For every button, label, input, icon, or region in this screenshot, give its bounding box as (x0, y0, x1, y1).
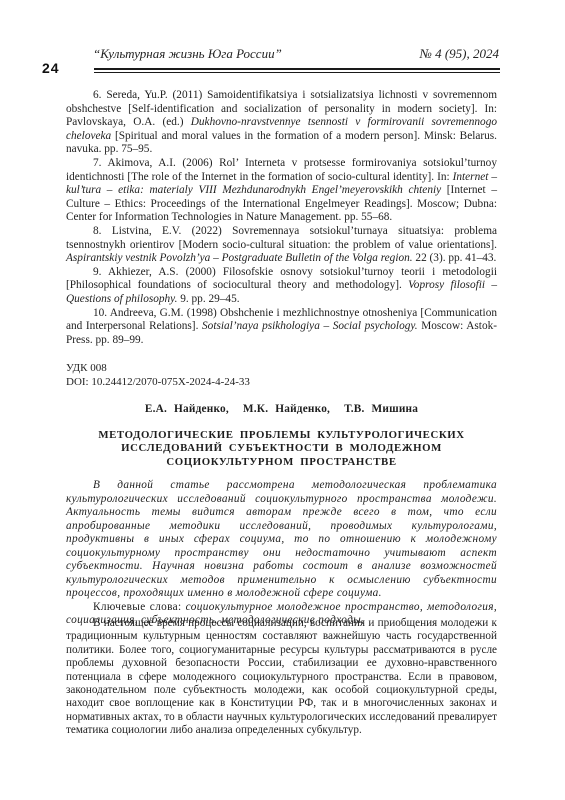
keywords-label: Ключевые слова: (93, 601, 186, 613)
reference-source-title: Sotsial’naya psikhologiya – Social psych… (202, 320, 418, 332)
reference-text: 9. pp. 29–45. (177, 293, 239, 305)
reference-item: 7. Akimova, A.I. (2006) Rol’ Interneta v… (66, 157, 497, 225)
header-rule-thick (94, 68, 500, 70)
reference-number: 10. (93, 307, 110, 319)
running-header-journal-title: “Культурная жизнь Юга России” (93, 46, 282, 62)
udc-code: УДК 008 (66, 361, 497, 375)
doi: DOI: 10.24412/2070-075X-2024-4-24-33 (66, 375, 497, 389)
header-rule-thin (94, 72, 500, 73)
reference-item: 10. Andreeva, G.M. (1998) Obshchenie i m… (66, 307, 497, 348)
article-authors: Е.А. Найденко, М.К. Найденко, Т.В. Мишин… (66, 403, 497, 415)
reference-item: 8. Listvina, E.V. (2022) Sovremennaya so… (66, 225, 497, 266)
running-header-issue: № 4 (95), 2024 (420, 46, 499, 62)
article-abstract: В данной статье рассмотрена методологиче… (66, 479, 497, 628)
reference-source-title: Aspirantskiy vestnik Povolzh’ya – Postgr… (66, 252, 413, 264)
reference-number: 7. (93, 157, 107, 169)
reference-item: 6. Sereda, Yu.P. (2011) Samoidentifikats… (66, 89, 497, 157)
title-line: МЕТОДОЛОГИЧЕСКИЕ ПРОБЛЕМЫ КУЛЬТУРОЛОГИЧЕ… (66, 429, 497, 442)
reference-number: 9. (93, 266, 108, 278)
title-line: ИССЛЕДОВАНИЙ СУБЪЕКТНОСТИ В МОЛОДЕЖНОМ (66, 442, 497, 455)
journal-page: “Культурная жизнь Юга России” № 4 (95), … (0, 0, 565, 800)
reference-number: 6. (93, 89, 106, 101)
reference-item: 9. Akhiezer, A.S. (2000) Filosofskie osn… (66, 266, 497, 307)
reference-list: 6. Sereda, Yu.P. (2011) Samoidentifikats… (66, 89, 497, 347)
reference-text: Listvina, E.V. (2022) Sovremennaya sotsi… (66, 225, 497, 251)
reference-text: 22 (3). pp. 41–43. (413, 252, 497, 264)
article-meta: УДК 008 DOI: 10.24412/2070-075X-2024-4-2… (66, 361, 497, 389)
article-body: В настоящее время процессы социализации,… (66, 617, 497, 738)
abstract-text: В данной статье рассмотрена методологиче… (66, 479, 497, 601)
page-number: 24 (42, 60, 60, 76)
reference-text: [Spiritual and moral values in the forma… (66, 130, 497, 156)
title-line: СОЦИОКУЛЬТУРНОМ ПРОСТРАНСТВЕ (66, 456, 497, 469)
article-title: МЕТОДОЛОГИЧЕСКИЕ ПРОБЛЕМЫ КУЛЬТУРОЛОГИЧЕ… (66, 429, 497, 469)
reference-text: Akimova, A.I. (2006) Rol’ Interneta v pr… (66, 157, 497, 183)
reference-number: 8. (93, 225, 112, 237)
body-paragraph: В настоящее время процессы социализации,… (66, 617, 497, 738)
